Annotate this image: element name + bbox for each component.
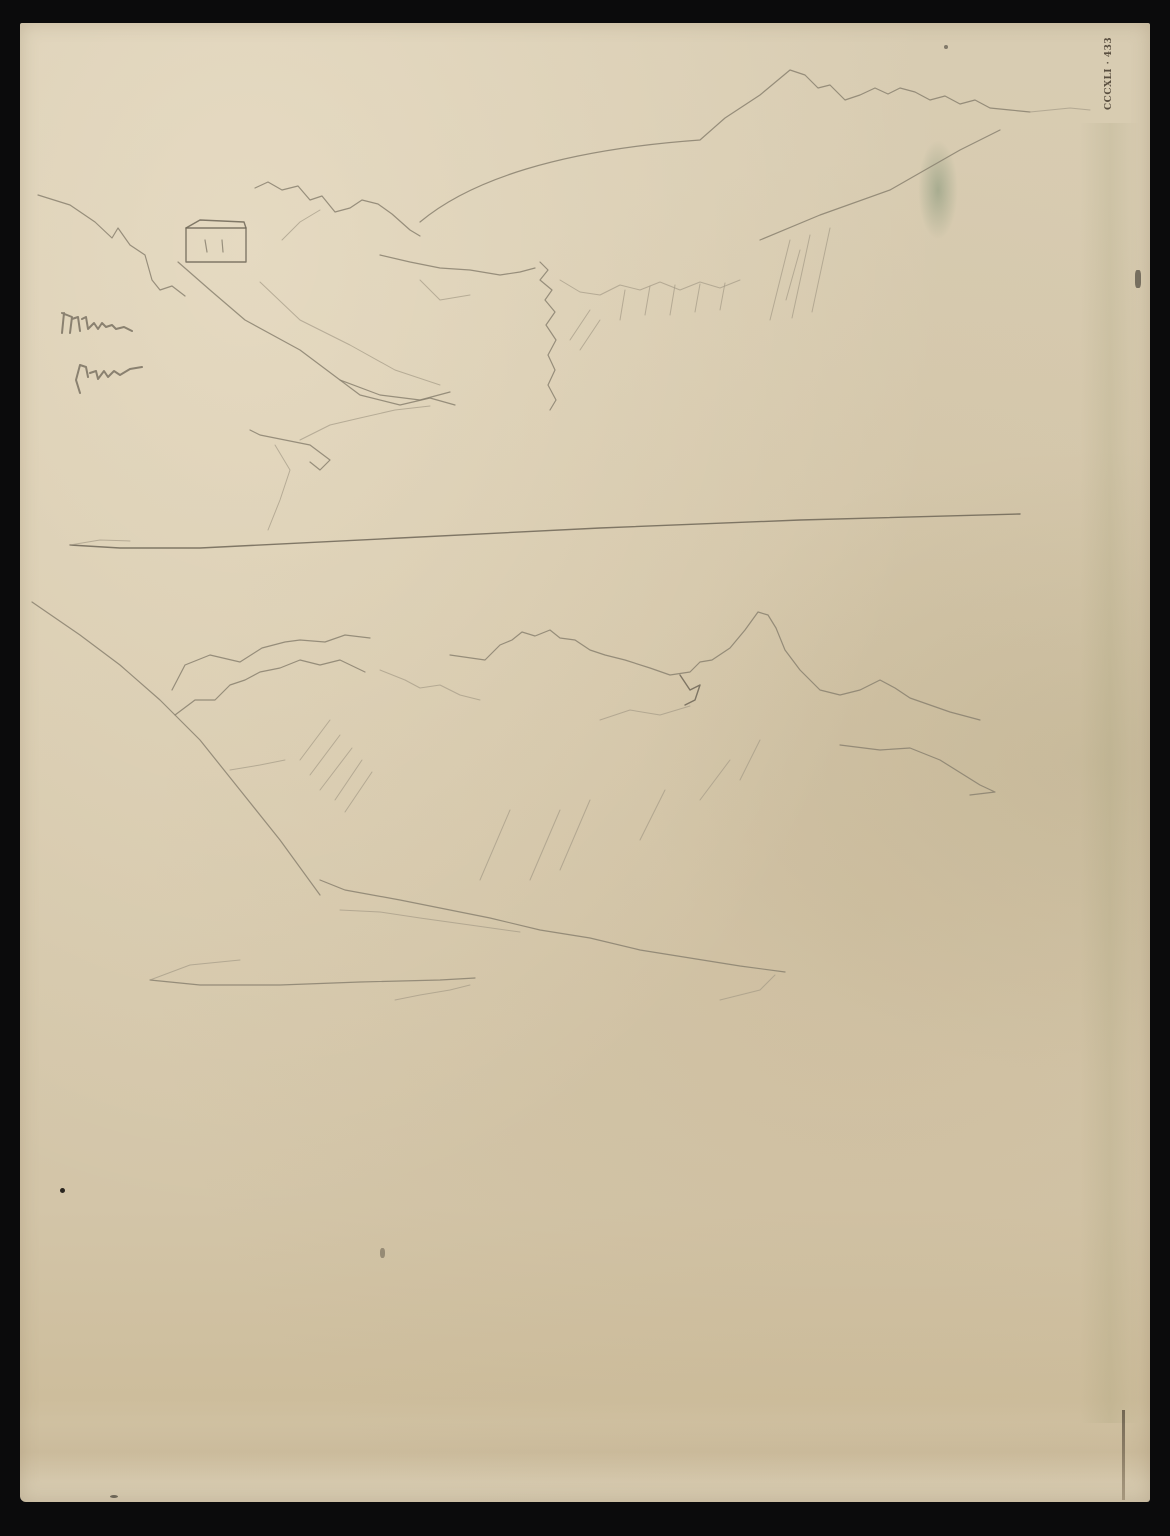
divider-line [70,514,1020,548]
pencil-sketch [0,0,1170,1536]
handwritten-note [50,305,180,395]
paper-speck [1135,270,1141,288]
paper-speck [60,1188,65,1193]
paper-speck [944,45,948,49]
paper-speck [380,1248,385,1258]
upper-sketch [38,70,1090,530]
lower-sketch [32,602,995,1000]
paper-speck [110,1495,118,1498]
